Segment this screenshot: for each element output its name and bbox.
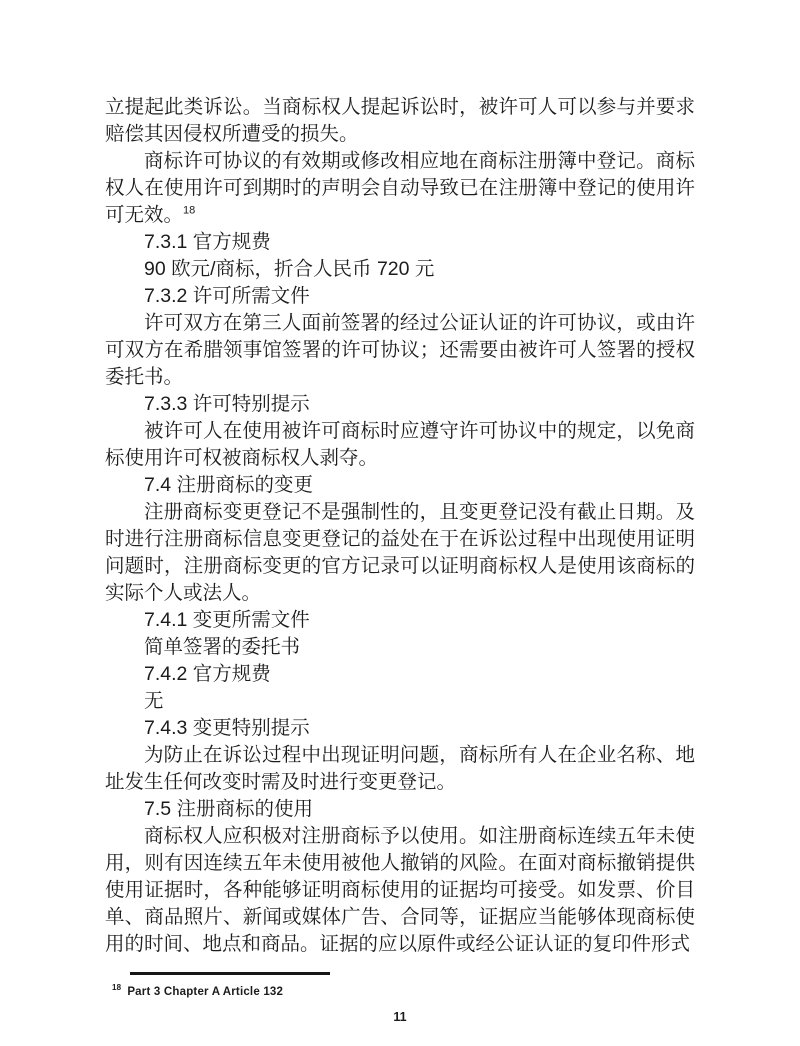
section-heading: 7.4.1 变更所需文件 xyxy=(105,607,695,634)
section-heading: 7.3.1 官方规费 xyxy=(105,229,695,256)
document-line: 简单签署的委托书 xyxy=(105,634,695,661)
footnote-reference: 18 xyxy=(183,205,195,217)
paragraph: 被许可人在使用被许可商标时应遵守许可协议中的规定，以免商标使用许可权被商标权人剥… xyxy=(105,418,695,472)
footnote: 18Part 3 Chapter A Article 132 xyxy=(112,986,283,998)
fee-line: 90 欧元/商标，折合人民币 720 元 xyxy=(105,256,695,283)
section-heading: 7.3.2 许可所需文件 xyxy=(105,283,695,310)
page-number: 11 xyxy=(0,1010,800,1024)
body-text: 立提起此类诉讼。当商标权人提起诉讼时，被许可人可以参与并要求赔偿其因侵权所遭受的… xyxy=(105,94,695,958)
footnote-text: Part 3 Chapter A Article 132 xyxy=(127,986,283,998)
paragraph: 商标权人应积极对注册商标予以使用。如注册商标连续五年未使用，则有因连续五年未使用… xyxy=(105,823,695,958)
paragraph: 许可双方在第三人面前签署的经过公证认证的许可协议，或由许可双方在希腊领事馆签署的… xyxy=(105,310,695,391)
paragraph: 为防止在诉讼过程中出现证明问题，商标所有人在企业名称、地址发生任何改变时需及时进… xyxy=(105,742,695,796)
paragraph: 商标许可协议的有效期或修改相应地在商标注册簿中登记。商标权人在使用许可到期时的声… xyxy=(105,148,695,229)
fee-line: 无 xyxy=(105,688,695,715)
section-heading: 7.4 注册商标的变更 xyxy=(105,472,695,499)
section-heading: 7.3.3 许可特别提示 xyxy=(105,391,695,418)
footnote-separator xyxy=(130,972,330,975)
section-heading: 7.4.2 官方规费 xyxy=(105,661,695,688)
section-heading: 7.4.3 变更特别提示 xyxy=(105,715,695,742)
paragraph: 注册商标变更登记不是强制性的，且变更登记没有截止日期。及时进行注册商标信息变更登… xyxy=(105,499,695,607)
paragraph-continuation: 立提起此类诉讼。当商标权人提起诉讼时，被许可人可以参与并要求赔偿其因侵权所遭受的… xyxy=(105,94,695,148)
section-heading: 7.5 注册商标的使用 xyxy=(105,796,695,823)
document-page: 立提起此类诉讼。当商标权人提起诉讼时，被许可人可以参与并要求赔偿其因侵权所遭受的… xyxy=(0,0,800,1046)
footnote-marker: 18 xyxy=(112,983,121,992)
